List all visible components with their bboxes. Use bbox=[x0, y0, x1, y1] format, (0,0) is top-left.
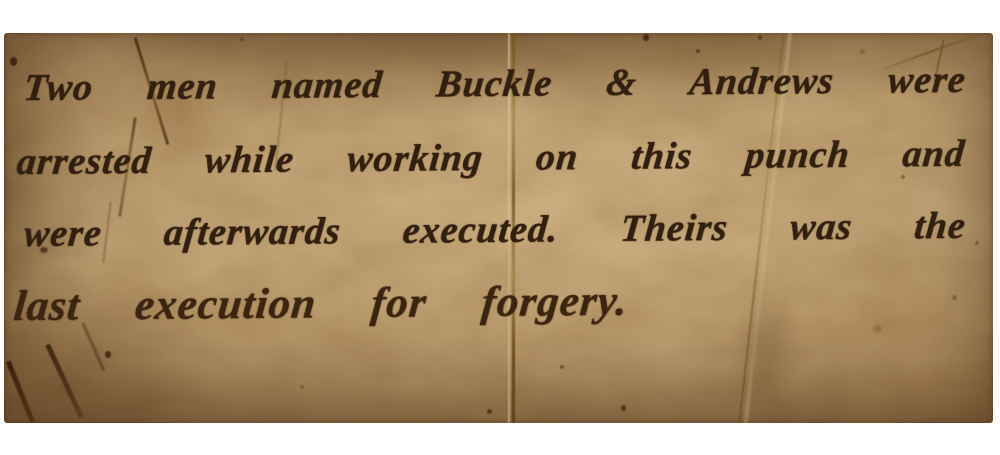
lower-left-streak bbox=[82, 323, 106, 372]
paper-texture bbox=[4, 33, 993, 423]
right-fold-crease bbox=[736, 33, 786, 423]
stain-spot bbox=[696, 49, 700, 53]
shadow-band bbox=[604, 33, 804, 93]
note-line-4: last execution for forgery. bbox=[12, 280, 630, 328]
top-right-scratch bbox=[933, 39, 944, 82]
stain-spot bbox=[40, 247, 48, 253]
lower-left-streak bbox=[45, 344, 83, 419]
right-fold-highlight bbox=[742, 33, 793, 423]
center-fold-crease bbox=[512, 33, 515, 423]
stain-spot bbox=[860, 49, 865, 54]
note-line-2: arrested while working on this punch and bbox=[15, 135, 967, 181]
note-line-3: were afterwards executed. Theirs was the bbox=[22, 207, 968, 253]
stain-spot bbox=[560, 365, 564, 369]
stain-spot bbox=[758, 35, 762, 40]
stain-spot bbox=[105, 351, 111, 358]
stain-spot bbox=[10, 57, 17, 66]
upper-left-streak bbox=[102, 201, 112, 263]
top-right-scratch bbox=[883, 34, 978, 70]
stain-spot bbox=[621, 405, 626, 411]
stain-blob bbox=[134, 53, 224, 173]
photo-background: Two men named Buckle & Andrews were arre… bbox=[0, 0, 1000, 455]
lower-left-streak bbox=[6, 360, 35, 423]
upper-left-streak bbox=[118, 117, 137, 216]
shadow-band bbox=[730, 273, 800, 423]
center-fold-highlight bbox=[508, 33, 510, 423]
stain-spot bbox=[240, 37, 244, 41]
stain-spot bbox=[873, 325, 882, 333]
stain-spot bbox=[643, 34, 649, 41]
mid-left-scratch bbox=[274, 61, 287, 171]
upper-left-streak bbox=[134, 37, 170, 145]
stain-spot bbox=[487, 409, 492, 414]
stain-spot bbox=[300, 385, 304, 389]
stain-spot bbox=[975, 241, 979, 245]
stain-spot bbox=[952, 295, 957, 300]
note-line-1: Two men named Buckle & Andrews were bbox=[22, 61, 968, 107]
stain-spot bbox=[901, 175, 905, 179]
handwritten-note-paper: Two men named Buckle & Andrews were arre… bbox=[4, 33, 993, 423]
